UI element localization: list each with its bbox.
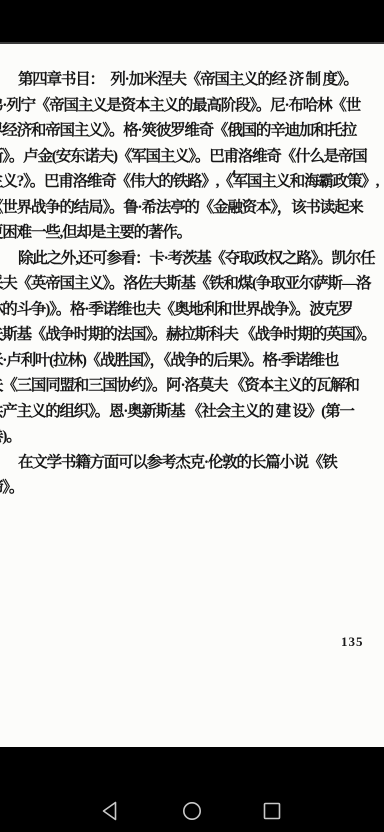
text-line: 第四章书目： 列·加米涅夫《帝国主义的经 济 制 度》。 xyxy=(0,67,384,93)
text-line: 卷)。 xyxy=(0,424,384,450)
book-page-scan: 第四章书目： 列·加米涅夫《帝国主义的经 济 制 度》。 弗·列宁《帝国主义是资… xyxy=(0,44,384,747)
home-circle-icon xyxy=(180,799,204,823)
text-line: 米·卢利叶(拉林)《战胜国》，《战争的后果》。格·季诺维也 xyxy=(0,348,384,374)
home-button[interactable] xyxy=(180,799,204,823)
back-button[interactable] xyxy=(99,799,123,823)
text-line: 采夫《英帝国主义》。洛佐夫斯基《铁和煤(争取亚尔萨斯—洛 xyxy=(0,271,384,297)
status-bar xyxy=(0,0,384,44)
phone-screen: 第四章书目： 列·加米涅夫《帝国主义的经 济 制 度》。 弗·列宁《帝国主义是资… xyxy=(0,0,384,832)
text-line: 在文学书籍方面可以参考杰克·伦敦的长篇小说《铁 xyxy=(0,450,384,476)
recents-button[interactable] xyxy=(260,799,284,823)
text-line: 林的斗争)》。格·季诺维也夫《奥地利和世界战争》。波克罗 xyxy=(0,297,384,323)
back-triangle-icon xyxy=(99,799,123,823)
recents-square-icon xyxy=(260,799,284,823)
text-line: 共产主义的组织》。恩·奥新斯基 《社会主义的 建 设》(第一 xyxy=(0,399,384,425)
text-line: 更困难一些,但却是主要的著作。 xyxy=(0,220,384,246)
text-line: 夫斯基《战争时期的法国》。赫拉斯科夫 《战争时期的英国》。 xyxy=(0,322,384,348)
text-line: 《世界战争的结局》。鲁·希法亭的《金融资本》，该书读起来 xyxy=(0,195,384,221)
page-text-block: 第四章书目： 列·加米涅夫《帝国主义的经 济 制 度》。 弗·列宁《帝国主义是资… xyxy=(0,67,384,501)
android-nav-bar xyxy=(0,747,384,832)
text-line: 斯》。卢金(安东诺夫)《军国主义》。巴甫洛维奇《什么是帝国 xyxy=(0,144,384,170)
text-line: 夫《三国同盟和三国协约》。阿·洛莫夫 《资本主义的瓦解和 xyxy=(0,373,384,399)
page-number: 135 xyxy=(341,634,364,650)
text-line: 主义?》。巴甫洛维奇《伟大的铁路》,《军国主义和海霸政策》, xyxy=(0,169,384,195)
text-line: 界经济和帝国主义》。格·筴彼罗维奇《俄国的辛迪加和托拉 xyxy=(0,118,384,144)
text-line: 除此之外,还可参看：卡·考茨基《夺取政权之路》。凯尔任 xyxy=(0,246,384,272)
text-line: 蹄》。 xyxy=(0,475,384,501)
text-line: 弗·列宁《帝国主义是资本主义的最高阶段》。尼·布哈林《世 xyxy=(0,93,384,119)
